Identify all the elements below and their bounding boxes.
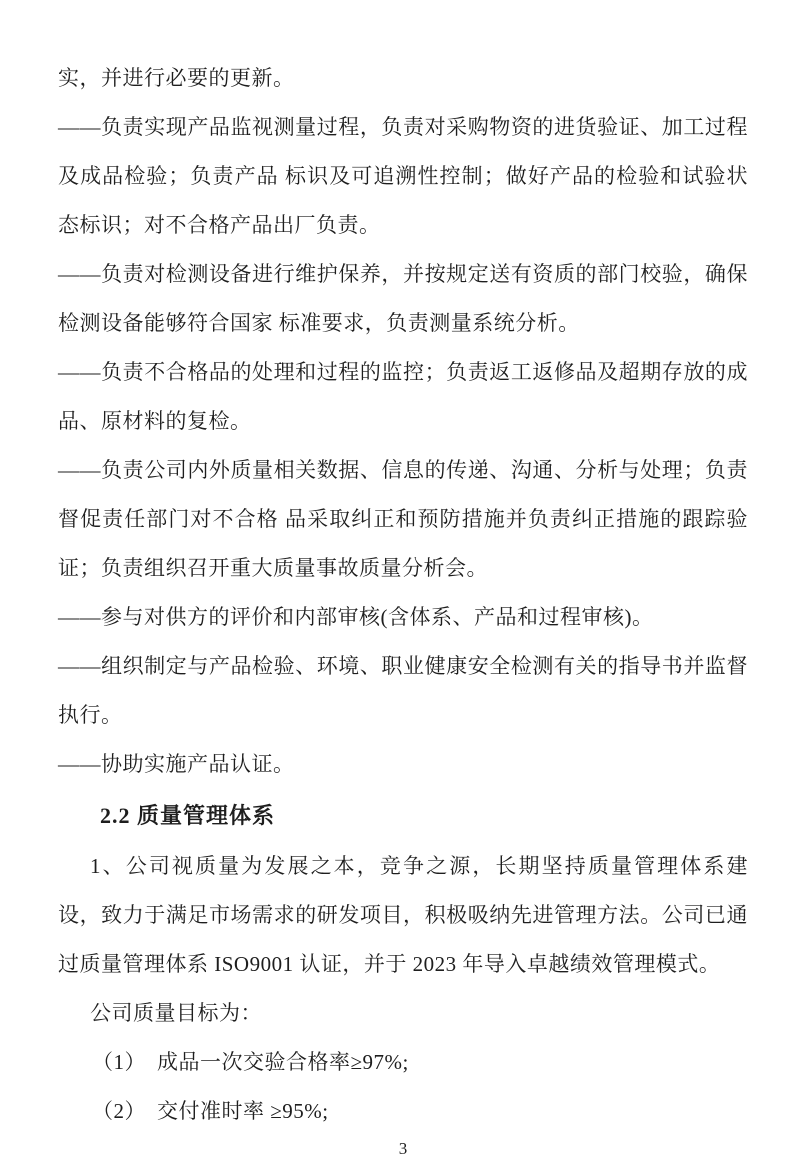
body-text-line: 执行。 bbox=[58, 691, 748, 740]
body-text-line: ——负责实现产品监视测量过程，负责对采购物资的进货验证、加工过程 bbox=[58, 103, 748, 152]
body-text-line: ——参与对供方的评价和内部审核(含体系、产品和过程审核)。 bbox=[58, 593, 748, 642]
body-text-line: 1、公司视质量为发展之本，竞争之源，长期坚持质量管理体系建 bbox=[58, 842, 748, 891]
body-text-line: 品、原材料的复检。 bbox=[58, 397, 748, 446]
quality-target-item: （1） 成品一次交验合格率≥97%; bbox=[58, 1038, 748, 1087]
body-text-line: 公司质量目标为： bbox=[58, 989, 748, 1038]
body-text-line: 证；负责组织召开重大质量事故质量分析会。 bbox=[58, 544, 748, 593]
quality-target-item: （2） 交付准时率 ≥95%; bbox=[58, 1087, 748, 1136]
document-page: 实，并进行必要的更新。 ——负责实现产品监视测量过程，负责对采购物资的进货验证、… bbox=[0, 0, 800, 1170]
body-text-line: ——组织制定与产品检验、环境、职业健康安全检测有关的指导书并监督 bbox=[58, 642, 748, 691]
body-text-line: ——负责不合格品的处理和过程的监控；负责返工返修品及超期存放的成 bbox=[58, 348, 748, 397]
body-text-line: ——协助实施产品认证。 bbox=[58, 740, 748, 789]
body-text-line: 及成品检验；负责产品 标识及可追溯性控制；做好产品的检验和试验状 bbox=[58, 152, 748, 201]
body-text-line: 设，致力于满足市场需求的研发项目，积极吸纳先进管理方法。公司已通 bbox=[58, 891, 748, 940]
body-text-line: 态标识；对不合格产品出厂负责。 bbox=[58, 201, 748, 250]
section-heading-quality-system: 2.2 质量管理体系 bbox=[58, 791, 748, 840]
body-text-line: ——负责公司内外质量相关数据、信息的传递、沟通、分析与处理；负责 bbox=[58, 446, 748, 495]
body-text-line: 检测设备能够符合国家 标准要求，负责测量系统分析。 bbox=[58, 299, 748, 348]
body-text-line: ——负责对检测设备进行维护保养，并按规定送有资质的部门校验，确保 bbox=[58, 250, 748, 299]
page-content: 实，并进行必要的更新。 ——负责实现产品监视测量过程，负责对采购物资的进货验证、… bbox=[0, 0, 800, 1164]
body-text-line: 督促责任部门对不合格 品采取纠正和预防措施并负责纠正措施的跟踪验 bbox=[58, 495, 748, 544]
body-text-line: 实，并进行必要的更新。 bbox=[58, 54, 748, 103]
page-number: 3 bbox=[58, 1138, 748, 1164]
body-text-line: 过质量管理体系 ISO9001 认证，并于 2023 年导入卓越绩效管理模式。 bbox=[58, 940, 748, 989]
